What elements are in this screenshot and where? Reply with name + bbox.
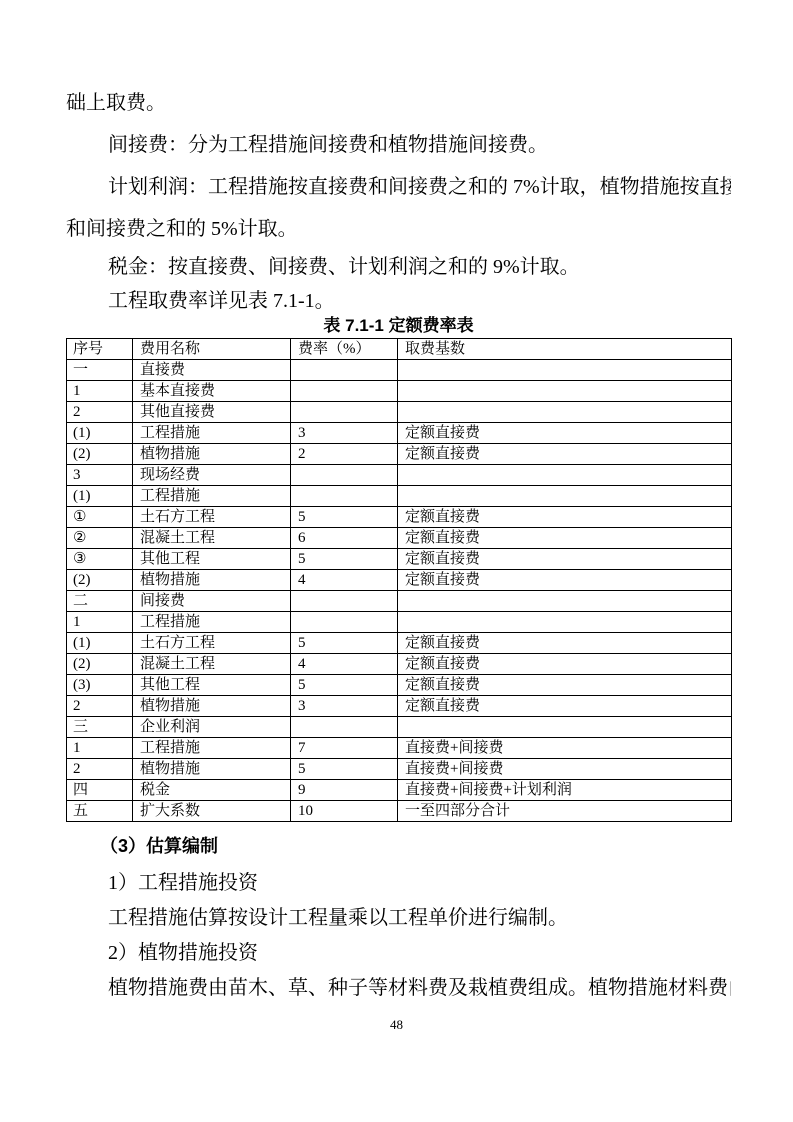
table-cell: 3 <box>291 423 398 444</box>
table-row: 五扩大系数10一至四部分合计 <box>67 801 732 822</box>
table-cell: (1) <box>67 633 133 654</box>
table-cell: 3 <box>67 465 133 486</box>
document-page: 础上取费。 间接费：分为工程措施间接费和植物措施间接费。 计划利润：工程措施按直… <box>0 0 793 1122</box>
paragraph-line: 税金：按直接费、间接费、计划利润之和的 9%计取。 <box>66 250 731 284</box>
table-cell: 5 <box>291 759 398 780</box>
table-cell <box>291 486 398 507</box>
table-cell: 10 <box>291 801 398 822</box>
table-cell: 土石方工程 <box>133 507 291 528</box>
page-content: 础上取费。 间接费：分为工程措施间接费和植物措施间接费。 计划利润：工程措施按直… <box>66 82 731 1006</box>
table-cell: 定额直接费 <box>398 633 732 654</box>
table-row: (2)混凝土工程4定额直接费 <box>67 654 732 675</box>
table-body: 一直接费1基本直接费2其他直接费(1)工程措施3定额直接费(2)植物措施2定额直… <box>67 360 732 822</box>
table-cell: 其他工程 <box>133 549 291 570</box>
paragraph-line: 植物措施费由苗木、草、种子等材料费及栽植费组成。植物措施材料费由苗 <box>66 971 731 1006</box>
paragraph-line: 工程取费率详见表 7.1-1。 <box>66 284 731 318</box>
paragraph-line: 2）植物措施投资 <box>66 936 731 971</box>
table-row: ②混凝土工程6定额直接费 <box>67 528 732 549</box>
table-cell: 工程措施 <box>133 486 291 507</box>
table-cell: ① <box>67 507 133 528</box>
table-cell: 定额直接费 <box>398 654 732 675</box>
table-cell <box>291 465 398 486</box>
table-cell: 直接费+间接费+计划利润 <box>398 780 732 801</box>
table-cell: 五 <box>67 801 133 822</box>
table-row: 一直接费 <box>67 360 732 381</box>
table-cell: 三 <box>67 717 133 738</box>
table-cell: 5 <box>291 675 398 696</box>
page-number: 48 <box>0 1016 793 1034</box>
table-cell: (2) <box>67 654 133 675</box>
table-row: 2其他直接费 <box>67 402 732 423</box>
table-cell: 定额直接费 <box>398 423 732 444</box>
table-row: ①土石方工程5定额直接费 <box>67 507 732 528</box>
table-header-row: 序号 费用名称 费率（%） 取费基数 <box>67 339 732 360</box>
table-row: 三企业利润 <box>67 717 732 738</box>
column-header-rate: 费率（%） <box>291 339 398 360</box>
table-cell: (2) <box>67 444 133 465</box>
paragraph-line: 和间接费之和的 5%计取。 <box>66 208 731 250</box>
table-cell: 二 <box>67 591 133 612</box>
section-heading: （3）估算编制 <box>66 834 731 858</box>
table-cell: (1) <box>67 486 133 507</box>
table-cell: 1 <box>67 738 133 759</box>
table-cell: 土石方工程 <box>133 633 291 654</box>
table-cell: 植物措施 <box>133 759 291 780</box>
table-cell <box>398 402 732 423</box>
table-row: 1基本直接费 <box>67 381 732 402</box>
table-cell: 9 <box>291 780 398 801</box>
paragraph-line: 计划利润：工程措施按直接费和间接费之和的 7%计取，植物措施按直接费 <box>66 166 731 208</box>
table-cell <box>398 591 732 612</box>
table-row: (2)植物措施4定额直接费 <box>67 570 732 591</box>
table-row: 2植物措施3定额直接费 <box>67 696 732 717</box>
table-cell: 2 <box>67 402 133 423</box>
table-cell: 现场经费 <box>133 465 291 486</box>
table-cell: 间接费 <box>133 591 291 612</box>
table-cell: 定额直接费 <box>398 444 732 465</box>
top-paragraphs: 础上取费。 间接费：分为工程措施间接费和植物措施间接费。 计划利润：工程措施按直… <box>66 82 731 250</box>
table-row: (2)植物措施2定额直接费 <box>67 444 732 465</box>
table-cell: 定额直接费 <box>398 696 732 717</box>
table-cell: 直接费+间接费 <box>398 738 732 759</box>
table-cell: 定额直接费 <box>398 570 732 591</box>
table-row: (1)土石方工程5定额直接费 <box>67 633 732 654</box>
table-cell: 1 <box>67 612 133 633</box>
table-cell: 6 <box>291 528 398 549</box>
table-cell: 工程措施 <box>133 612 291 633</box>
table-cell: (3) <box>67 675 133 696</box>
table-cell: 定额直接费 <box>398 675 732 696</box>
table-cell: 直接费+间接费 <box>398 759 732 780</box>
table-cell: 1 <box>67 381 133 402</box>
table-cell: 2 <box>291 444 398 465</box>
table-row: 1工程措施7直接费+间接费 <box>67 738 732 759</box>
table-cell: 2 <box>67 696 133 717</box>
table-cell: 直接费 <box>133 360 291 381</box>
table-cell <box>291 591 398 612</box>
table-cell: 4 <box>291 654 398 675</box>
table-cell: 2 <box>67 759 133 780</box>
table-cell: 企业利润 <box>133 717 291 738</box>
column-header-seq: 序号 <box>67 339 133 360</box>
table-cell: 定额直接费 <box>398 549 732 570</box>
table-cell <box>398 360 732 381</box>
table-cell: 定额直接费 <box>398 528 732 549</box>
section-paragraphs: 1）工程措施投资 工程措施估算按设计工程量乘以工程单价进行编制。 2）植物措施投… <box>66 866 731 1006</box>
table-cell <box>398 717 732 738</box>
table-cell: 扩大系数 <box>133 801 291 822</box>
paragraph-line: 间接费：分为工程措施间接费和植物措施间接费。 <box>66 124 731 166</box>
table-row: (3)其他工程5定额直接费 <box>67 675 732 696</box>
table-cell: 5 <box>291 633 398 654</box>
top-paragraphs-continued: 税金：按直接费、间接费、计划利润之和的 9%计取。 工程取费率详见表 7.1-1… <box>66 250 731 318</box>
table-cell: ② <box>67 528 133 549</box>
rate-table: 序号 费用名称 费率（%） 取费基数 一直接费1基本直接费2其他直接费(1)工程… <box>66 338 732 822</box>
table-cell <box>291 402 398 423</box>
table-row: 二间接费 <box>67 591 732 612</box>
table-cell: 工程措施 <box>133 423 291 444</box>
table-cell: 税金 <box>133 780 291 801</box>
column-header-name: 费用名称 <box>133 339 291 360</box>
table-cell: 其他工程 <box>133 675 291 696</box>
table-cell: 其他直接费 <box>133 402 291 423</box>
table-row: 2植物措施5直接费+间接费 <box>67 759 732 780</box>
table-cell: 植物措施 <box>133 444 291 465</box>
table-cell: 四 <box>67 780 133 801</box>
table-cell <box>291 717 398 738</box>
table-cell: 混凝土工程 <box>133 528 291 549</box>
table-row: (1)工程措施 <box>67 486 732 507</box>
table-cell: 定额直接费 <box>398 507 732 528</box>
table-row: 3现场经费 <box>67 465 732 486</box>
table-cell <box>291 381 398 402</box>
table-cell: (2) <box>67 570 133 591</box>
table-row: (1)工程措施3定额直接费 <box>67 423 732 444</box>
table-cell: 3 <box>291 696 398 717</box>
table-cell: ③ <box>67 549 133 570</box>
table-cell <box>291 612 398 633</box>
table-cell: 植物措施 <box>133 570 291 591</box>
table-cell <box>398 612 732 633</box>
table-cell: 5 <box>291 507 398 528</box>
table-cell: 7 <box>291 738 398 759</box>
table-cell: (1) <box>67 423 133 444</box>
column-header-base: 取费基数 <box>398 339 732 360</box>
table-row: ③其他工程5定额直接费 <box>67 549 732 570</box>
table-cell: 4 <box>291 570 398 591</box>
table-cell <box>398 381 732 402</box>
table-cell: 工程措施 <box>133 738 291 759</box>
paragraph-line: 1）工程措施投资 <box>66 866 731 901</box>
table-cell: 植物措施 <box>133 696 291 717</box>
table-cell <box>398 465 732 486</box>
table-cell: 混凝土工程 <box>133 654 291 675</box>
table-row: 四税金9直接费+间接费+计划利润 <box>67 780 732 801</box>
table-cell <box>398 486 732 507</box>
table-cell: 基本直接费 <box>133 381 291 402</box>
table-cell: 一至四部分合计 <box>398 801 732 822</box>
table-cell: 5 <box>291 549 398 570</box>
table-cell <box>291 360 398 381</box>
table-title: 表 7.1-1 定额费率表 <box>66 316 731 336</box>
paragraph-line: 础上取费。 <box>66 82 731 124</box>
table-cell: 一 <box>67 360 133 381</box>
paragraph-line: 工程措施估算按设计工程量乘以工程单价进行编制。 <box>66 901 731 936</box>
table-row: 1工程措施 <box>67 612 732 633</box>
